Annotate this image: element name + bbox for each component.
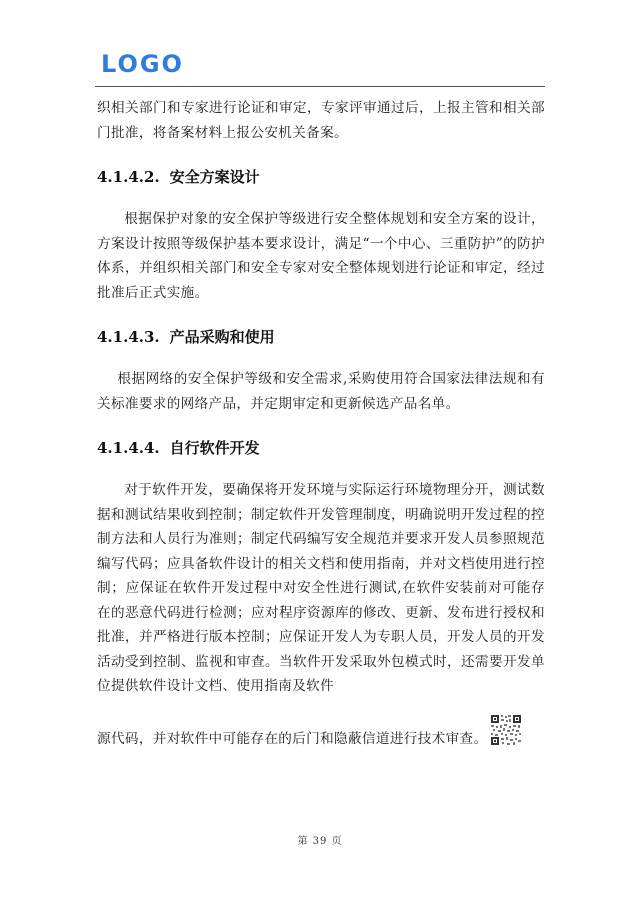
- section-title: 产品采购和使用: [170, 328, 275, 346]
- section-paragraph: 根据网络的安全保护等级和安全需求,采购使用符合国家法律法规和有关标准要求的网络产…: [97, 367, 545, 416]
- section-paragraph-last-line: 源代码，并对软件中可能存在的后门和隐蔽信道进行技术审查。: [97, 713, 545, 752]
- section-heading-4-1-4-2: 4.1.4.2.安全方案设计: [97, 167, 545, 187]
- section-heading-4-1-4-3: 4.1.4.3.产品采购和使用: [97, 327, 545, 347]
- page-number: 第 39 页: [0, 832, 640, 847]
- section-paragraph: 根据保护对象的安全保护等级进行安全整体规划和安全方案的设计，方案设计按照等级保护…: [97, 207, 545, 305]
- section-paragraph: 对于软件开发，要确保将开发环境与实际运行环境物理分开，测试数据和测试结果收到控制…: [97, 478, 545, 699]
- section-number: 4.1.4.2.: [97, 168, 160, 186]
- header-divider: [95, 86, 545, 87]
- qr-code-icon: [489, 713, 523, 747]
- section-number: 4.1.4.3.: [97, 328, 160, 346]
- section-title: 安全方案设计: [170, 168, 260, 186]
- document-page: LOGO 织相关部门和专家进行论证和审定，专家评审通过后，上报主管和相关部门批准…: [0, 0, 640, 906]
- last-line-text: 源代码，并对软件中可能存在的后门和隐蔽信道进行技术审查。: [97, 731, 487, 747]
- header-logo: LOGO: [101, 51, 184, 77]
- section-number: 4.1.4.4.: [97, 439, 160, 457]
- intro-paragraph: 织相关部门和专家进行论证和审定，专家评审通过后，上报主管和相关部门批准，将备案材…: [97, 96, 545, 145]
- section-title: 自行软件开发: [170, 439, 260, 457]
- section-heading-4-1-4-4: 4.1.4.4.自行软件开发: [97, 438, 545, 458]
- page-content: 织相关部门和专家进行论证和审定，专家评审通过后，上报主管和相关部门批准，将备案材…: [97, 92, 545, 751]
